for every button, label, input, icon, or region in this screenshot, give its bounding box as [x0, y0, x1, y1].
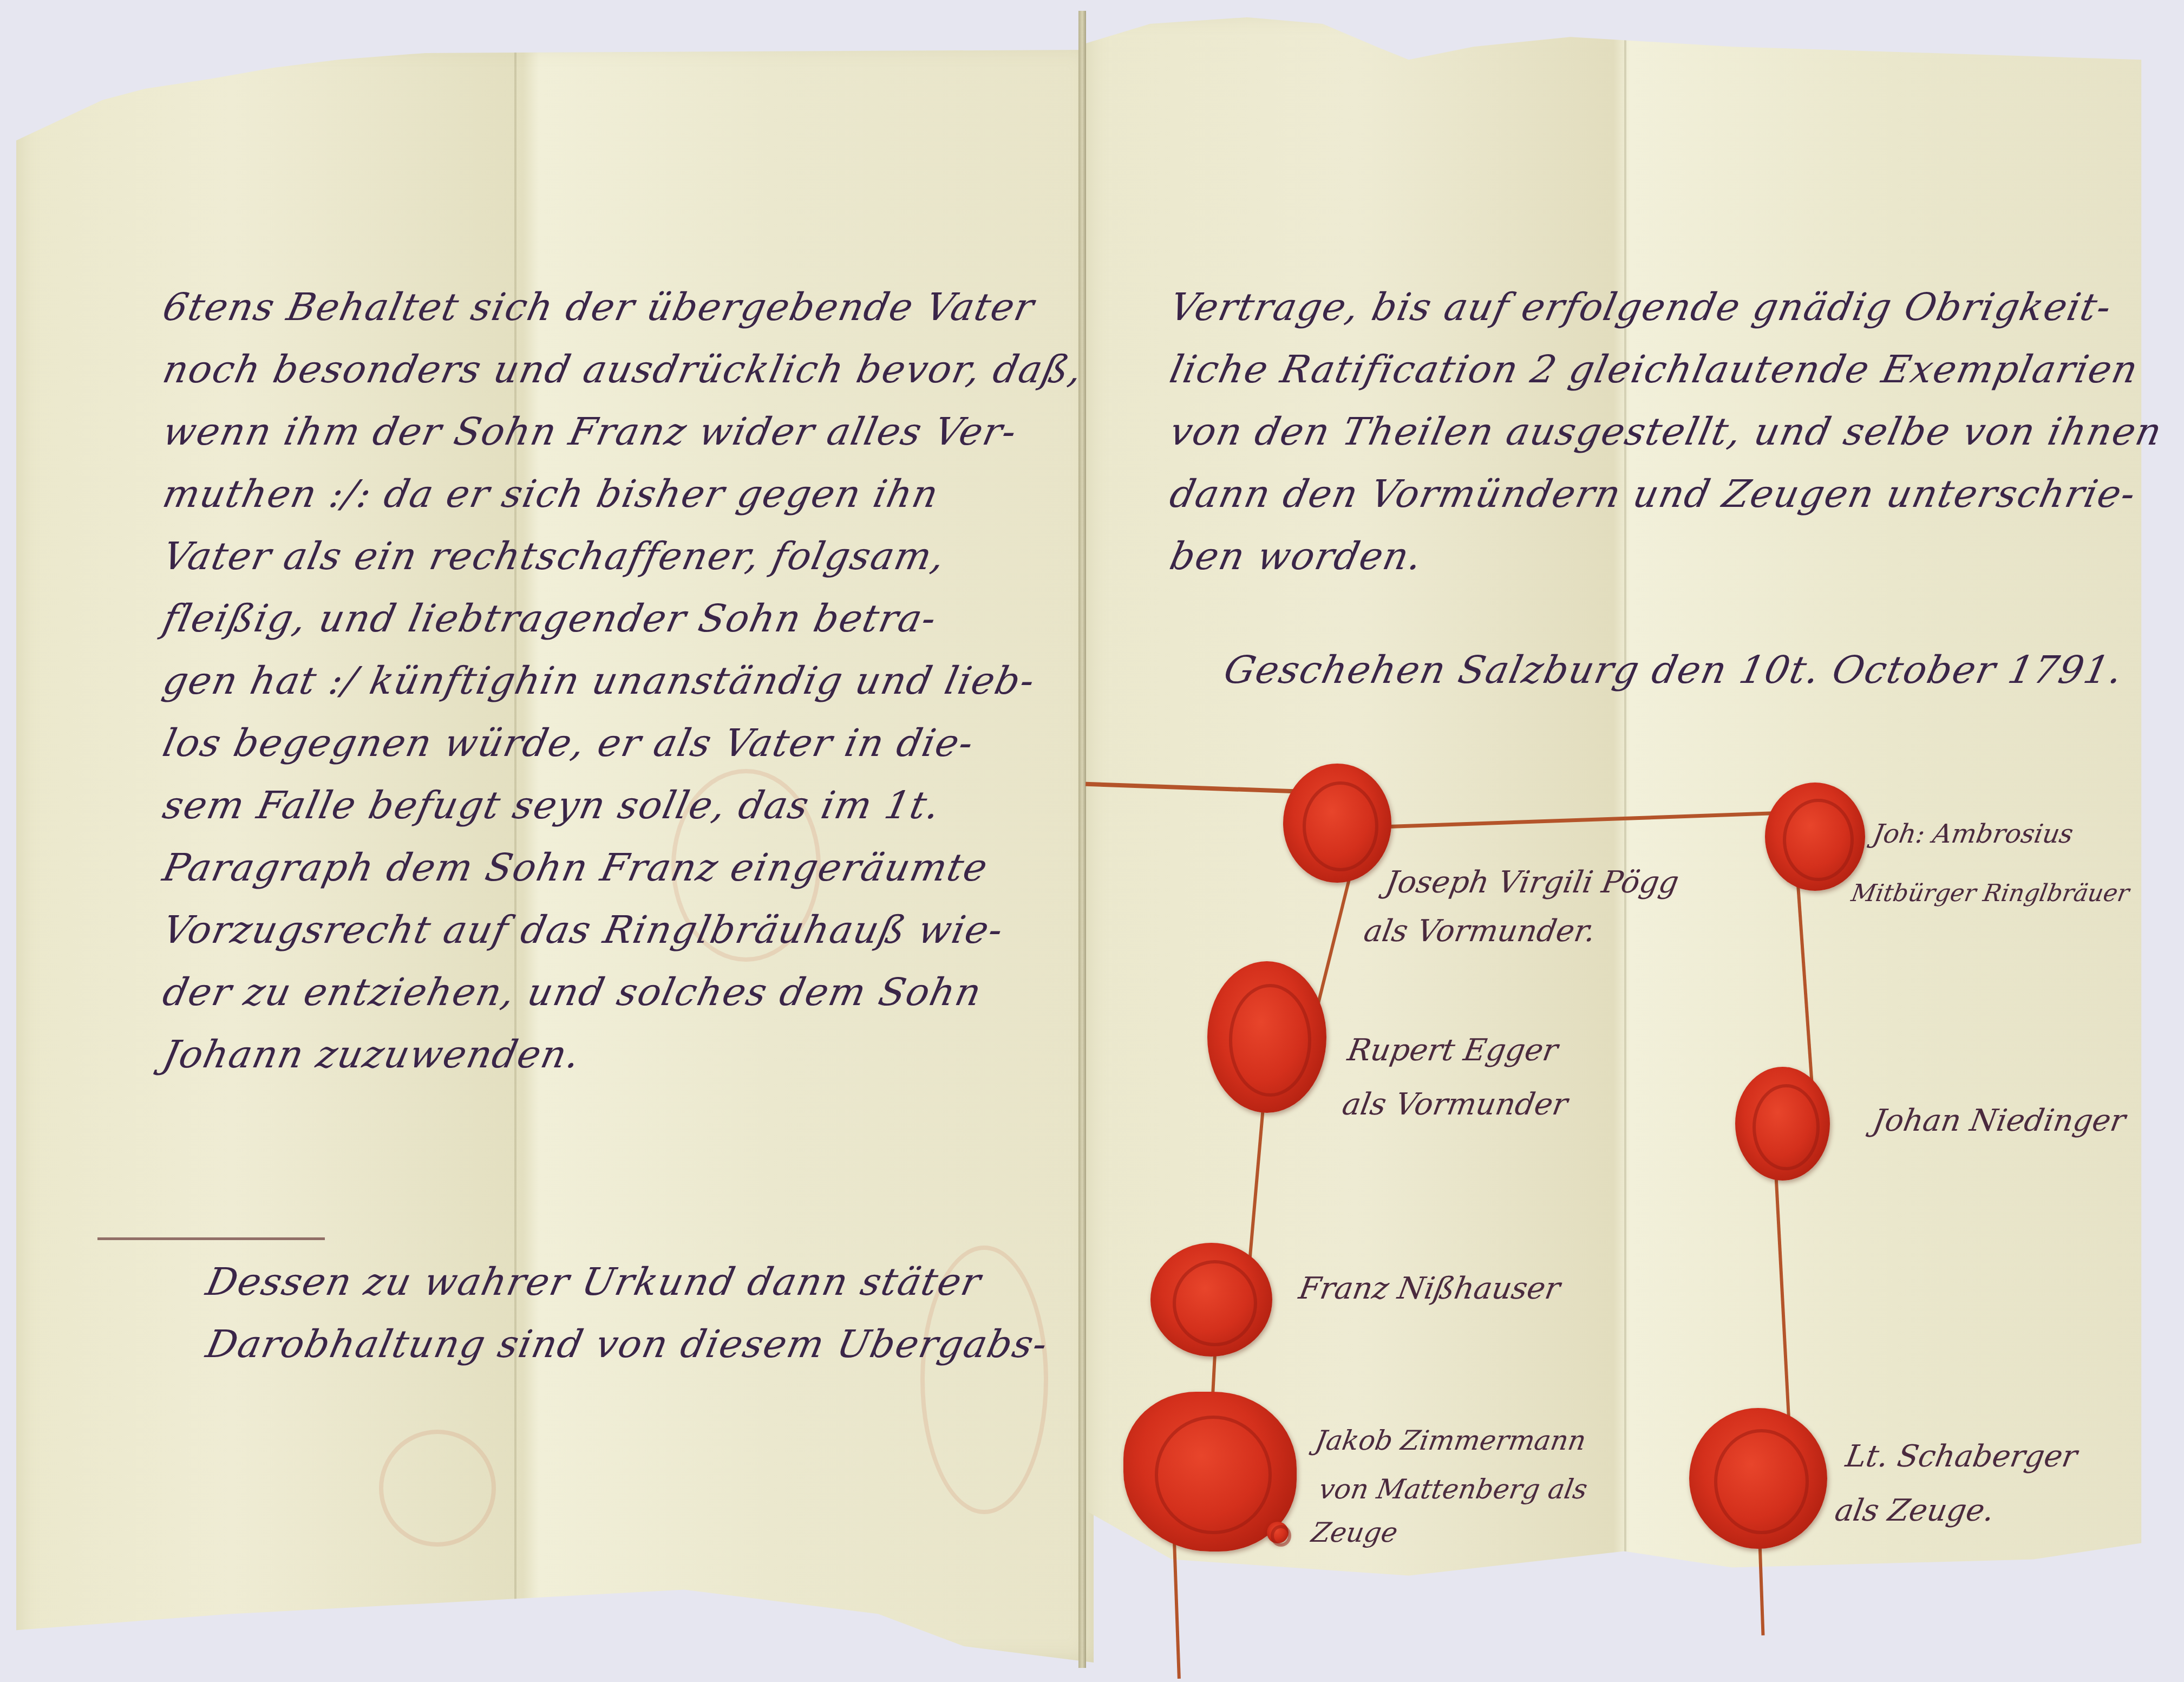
signature-role: von Mattenberg als Zeuge — [1308, 1468, 1626, 1554]
right-page-body: Vertrage, bis auf erfolgende gnädig Obri… — [1164, 276, 2155, 588]
text-line: Vater als ein rechtschaffener, folgsam, — [157, 525, 1089, 588]
stain — [379, 1430, 496, 1547]
place-and-date: Geschehen Salzburg den 10t. October 1791… — [1218, 639, 2116, 701]
signature-role: als Zeuge. — [1832, 1489, 1998, 1533]
signature-role: Mitbürger Ringlbräuer — [1848, 872, 2133, 915]
text-line: dann den Vormündern und Zeugen unterschr… — [1164, 463, 2168, 525]
wax-seal — [1283, 764, 1391, 883]
signature-name: Rupert Egger — [1344, 1029, 1561, 1072]
wax-seal — [1207, 961, 1326, 1113]
text-line: Vorzugsrecht auf das Ringlbräuhauß wie- — [157, 899, 1089, 961]
text-line: sem Falle befugt seyn solle, das im 1t. — [157, 774, 1089, 837]
text-line: Paragraph dem Sohn Franz eingeräumte — [157, 837, 1089, 899]
text-line: von den Theilen ausgestellt, und selbe v… — [1164, 401, 2168, 463]
text-line: liche Ratification 2 gleichlautende Exem… — [1164, 338, 2168, 401]
place-date-line: Geschehen Salzburg den 10t. October 1791… — [1218, 639, 2129, 701]
wax-drip — [1267, 1522, 1289, 1543]
signature-role: als Vormunder — [1339, 1083, 1571, 1126]
signature-name: Lt. Schaberger — [1842, 1435, 2081, 1478]
text-line: der zu entziehen, und solches dem Sohn — [157, 961, 1089, 1023]
text-line: los begegnen würde, er als Vater in die- — [157, 712, 1089, 774]
wax-seal — [1689, 1408, 1827, 1549]
text-line: wenn ihm der Sohn Franz wider alles Ver- — [157, 401, 1089, 463]
signature-role: als Vormunder. — [1361, 910, 1599, 953]
signature-name: Franz Nißhauser — [1296, 1267, 1564, 1311]
closing-paragraph: Dessen zu wahrer Urkund dann stäter Daro… — [200, 1251, 1041, 1375]
text-line: Darobhaltung sind von diesem Ubergabs- — [200, 1313, 1054, 1375]
text-line: Vertrage, bis auf erfolgende gnädig Obri… — [1164, 276, 2168, 338]
wax-seal — [1150, 1243, 1272, 1357]
signature-name: Jakob Zimmermann — [1312, 1419, 1590, 1462]
wax-seal — [1765, 783, 1865, 891]
signature-name: Johan Niedinger — [1869, 1099, 2129, 1143]
text-line: gen hat :/ künftighin unanständig und li… — [157, 650, 1089, 712]
left-page-body: 6tens Behaltet sich der übergebende Vate… — [157, 276, 1076, 1086]
wax-seal — [1735, 1067, 1830, 1181]
text-line: Johann zuzuwenden. — [157, 1023, 1089, 1086]
section-divider-rule — [97, 1237, 325, 1240]
text-line: noch besonders und ausdrücklich bevor, d… — [157, 338, 1089, 401]
signature-name: Joseph Virgili Pögg — [1382, 861, 1682, 904]
text-line: muthen :/: da er sich bisher gegen ihn — [157, 463, 1089, 525]
text-line: fleißig, und liebtragender Sohn betra- — [157, 588, 1089, 650]
text-line: 6tens Behaltet sich der übergebende Vate… — [157, 276, 1089, 338]
text-line: Dessen zu wahrer Urkund dann stäter — [200, 1251, 1054, 1313]
fold-crease — [1624, 11, 1626, 1641]
text-line: ben worden. — [1164, 525, 2168, 588]
signature-name: Joh: Ambrosius — [1869, 812, 2077, 856]
